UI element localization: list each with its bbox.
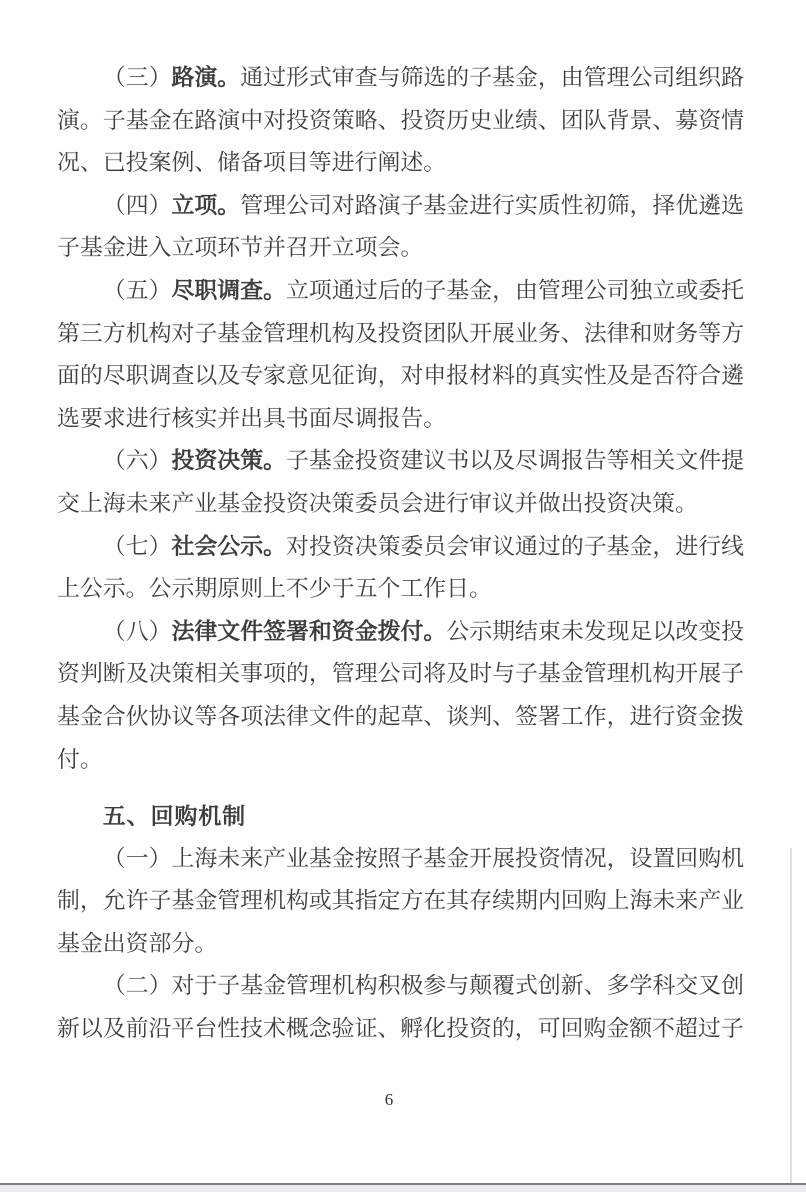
paragraph-label: 立项。 (172, 193, 241, 218)
paragraph: （三）路演。通过形式审查与筛选的子基金，由管理公司组织路演。子基金在路演中对投资… (57, 57, 744, 185)
paragraph-text: （四） (103, 193, 172, 218)
paragraph-text: （五） (103, 278, 172, 303)
page-number: 6 (0, 1089, 778, 1111)
paragraph-label: 路演。 (172, 65, 241, 90)
section-heading: 五、回购机制 (57, 795, 744, 838)
paragraph-text: （一） (103, 846, 172, 871)
paragraph-text: （七） (103, 534, 172, 559)
paragraph-text: （三） (103, 65, 172, 90)
paragraph-text: （八） (103, 619, 172, 644)
paragraph-text: （六） (103, 448, 172, 473)
paragraph: （一）上海未来产业基金按照子基金开展投资情况，设置回购机制，允许子基金管理机构或… (57, 838, 744, 966)
paragraph: （二）对于子基金管理机构积极参与颠覆式创新、多学科交叉创新以及前沿平台性技术概念… (57, 965, 744, 1050)
paragraph: （六）投资决策。子基金投资建议书以及尽调报告等相关文件提交上海未来产业基金投资决… (57, 440, 744, 525)
paragraph: （五）尽职调查。立项通过后的子基金，由管理公司独立或委托第三方机构对子基金管理机… (57, 270, 744, 440)
paragraph: （八）法律文件签署和资金拨付。公示期结束未发现足以改变投资判断及决策相关事项的，… (57, 611, 744, 781)
scan-edge-bottom-band (0, 1185, 806, 1192)
paragraph-label: 法律文件签署和资金拨付。 (172, 619, 447, 644)
paragraph: （四）立项。管理公司对路演子基金进行实质性初筛，择优遴选子基金进入立项环节并召开… (57, 185, 744, 270)
paragraph: （七）社会公示。对投资决策委员会审议通过的子基金，进行线上公示。公示期原则上不少… (57, 526, 744, 611)
paragraph-label: 社会公示。 (172, 534, 287, 559)
document-page: （三）路演。通过形式审查与筛选的子基金，由管理公司组织路演。子基金在路演中对投资… (0, 0, 806, 1192)
document-body: （三）路演。通过形式审查与筛选的子基金，由管理公司组织路演。子基金在路演中对投资… (57, 57, 744, 1051)
paragraph-label: 投资决策。 (172, 448, 287, 473)
paragraph-label: 五、回购机制 (103, 803, 246, 829)
scan-edge-right (790, 848, 792, 1183)
paragraph-label: 尽职调查。 (172, 278, 287, 303)
paragraph-text: （二） (103, 973, 172, 998)
